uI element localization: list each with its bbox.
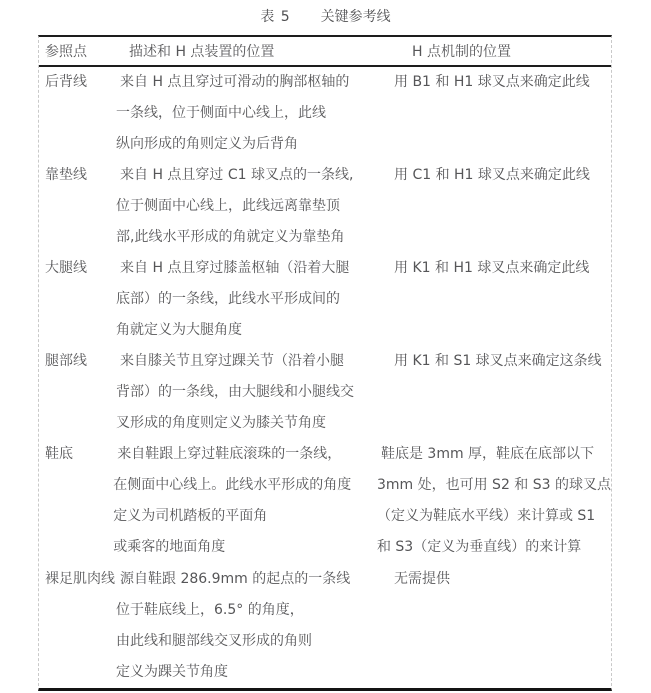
mechanism-cell: 用 K1 和 H1 球叉点来确定此线 — [386, 253, 611, 346]
ref-point-label: 腿部线 — [45, 346, 116, 377]
text-line: 用 C1 和 H1 球叉点来确定此线 — [390, 160, 611, 191]
table-row: 大腿线 来自 H 点且穿过膝盖枢轴（沿着大腿 底部）的一条线，此线水平形成间的 … — [39, 253, 611, 346]
description-cell: 源自鞋跟 286.9mm 的起点的一条线 位于鞋底线上，6.5° 的角度， 由此… — [116, 564, 386, 688]
text-line: 定义为司机踏板的平面角 — [113, 501, 373, 532]
text-line: 3mm 处，也可用 S2 和 S3 的球叉点 — [377, 470, 611, 501]
text-line: 部,此线水平形成的角就定义为靠垫角 — [116, 222, 386, 253]
table-row: 腿部线 来自膝关节且穿过踝关节（沿着小腿 背部）的一条线，由大腿线和小腿线交 叉… — [39, 346, 611, 439]
text-line: 用 K1 和 H1 球叉点来确定此线 — [390, 253, 611, 284]
text-line: 鞋底是 3mm 厚，鞋底在底部以下 — [377, 439, 611, 470]
ref-point-cell: 腿部线 — [39, 346, 116, 439]
table-row: 靠垫线 来自 H 点且穿过 C1 球叉点的一条线, 位于侧面中心线上，此线远离靠… — [39, 160, 611, 253]
text-line: 位于侧面中心线上，此线远离靠垫顶 — [116, 191, 386, 222]
text-line: 在侧面中心线上。此线水平形成的角度 — [113, 470, 373, 501]
table-title: 关键参考线 — [321, 9, 391, 25]
text-line: （定义为鞋底水平线）来计算或 S1 — [377, 501, 611, 532]
mechanism-cell: 用 B1 和 H1 球叉点来确定此线 — [386, 67, 611, 160]
table-row: 鞋底 来自鞋跟上穿过鞋底滚珠的一条线， 在侧面中心线上。此线水平形成的角度 定义… — [39, 439, 611, 564]
mechanism-cell: 用 K1 和 S1 球叉点来确定这条线 — [386, 346, 611, 439]
text-line: 位于鞋底线上，6.5° 的角度， — [116, 595, 386, 626]
ref-point-cell: 后背线 — [39, 67, 116, 160]
mechanism-cell: 用 C1 和 H1 球叉点来确定此线 — [386, 160, 611, 253]
text-line: 定义为踝关节角度 — [116, 657, 386, 688]
ref-point-label: 鞋底 — [45, 439, 113, 470]
mechanism-cell: 无需提供 — [386, 564, 611, 688]
text-line: 用 K1 和 S1 球叉点来确定这条线 — [390, 346, 611, 377]
table-number: 表 5 — [260, 9, 290, 25]
text-line: 源自鞋跟 286.9mm 的起点的一条线 — [116, 564, 386, 595]
text-line: 用 B1 和 H1 球叉点来确定此线 — [390, 67, 611, 98]
table-header-row: 参照点 描述和 H 点装置的位置 H 点机制的位置 — [39, 37, 611, 67]
ref-point-cell: 鞋底 — [39, 439, 113, 564]
description-cell: 来自 H 点且穿过 C1 球叉点的一条线, 位于侧面中心线上，此线远离靠垫顶 部… — [116, 160, 386, 253]
table-caption: 表 5关键参考线 — [0, 0, 651, 35]
ref-point-label: 裸足肌肉线 — [45, 564, 116, 595]
text-line: 来自膝关节且穿过踝关节（沿着小腿 — [116, 346, 386, 377]
header-description: 描述和 H 点装置的位置 — [116, 37, 386, 65]
ref-point-cell: 大腿线 — [39, 253, 116, 346]
table-row: 后背线 来自 H 点且穿过可滑动的胸部枢轴的 一条线，位于侧面中心线上，此线 纵… — [39, 67, 611, 160]
text-line: 角就定义为大腿角度 — [116, 315, 386, 346]
text-line: 无需提供 — [390, 564, 611, 595]
text-line: 由此线和腿部线交叉形成的角则 — [116, 626, 386, 657]
description-cell: 来自膝关节且穿过踝关节（沿着小腿 背部）的一条线，由大腿线和小腿线交 叉形成的角… — [116, 346, 386, 439]
description-cell: 来自 H 点且穿过可滑动的胸部枢轴的 一条线，位于侧面中心线上，此线 纵向形成的… — [116, 67, 386, 160]
text-line: 背部）的一条线，由大腿线和小腿线交 — [116, 377, 386, 408]
text-line: 和 S3（定义为垂直线）的来计算 — [377, 532, 611, 563]
description-cell: 来自鞋跟上穿过鞋底滚珠的一条线， 在侧面中心线上。此线水平形成的角度 定义为司机… — [113, 439, 373, 564]
text-line: 来自鞋跟上穿过鞋底滚珠的一条线， — [113, 439, 373, 470]
text-line: 来自 H 点且穿过可滑动的胸部枢轴的 — [116, 67, 386, 98]
ref-point-cell: 裸足肌肉线 — [39, 564, 116, 688]
table-row: 裸足肌肉线 源自鞋跟 286.9mm 的起点的一条线 位于鞋底线上，6.5° 的… — [39, 564, 611, 688]
reference-lines-table: 参照点 描述和 H 点装置的位置 H 点机制的位置 后背线 来自 H 点且穿过可… — [38, 35, 612, 691]
header-ref-point: 参照点 — [39, 37, 116, 65]
text-line: 纵向形成的角则定义为后背角 — [116, 129, 386, 160]
text-line: 一条线，位于侧面中心线上，此线 — [116, 98, 386, 129]
text-line: 来自 H 点且穿过 C1 球叉点的一条线, — [116, 160, 386, 191]
ref-point-label: 靠垫线 — [45, 160, 116, 191]
ref-point-cell: 靠垫线 — [39, 160, 116, 253]
text-line: 叉形成的角度则定义为膝关节角度 — [116, 408, 386, 439]
ref-point-label: 后背线 — [45, 67, 116, 98]
header-mechanism: H 点机制的位置 — [386, 37, 611, 65]
ref-point-label: 大腿线 — [45, 253, 116, 284]
text-line: 底部）的一条线，此线水平形成间的 — [116, 284, 386, 315]
description-cell: 来自 H 点且穿过膝盖枢轴（沿着大腿 底部）的一条线，此线水平形成间的 角就定义… — [116, 253, 386, 346]
mechanism-cell: 鞋底是 3mm 厚，鞋底在底部以下 3mm 处，也可用 S2 和 S3 的球叉点… — [373, 439, 611, 564]
text-line: 或乘客的地面角度 — [113, 532, 373, 563]
text-line: 来自 H 点且穿过膝盖枢轴（沿着大腿 — [116, 253, 386, 284]
